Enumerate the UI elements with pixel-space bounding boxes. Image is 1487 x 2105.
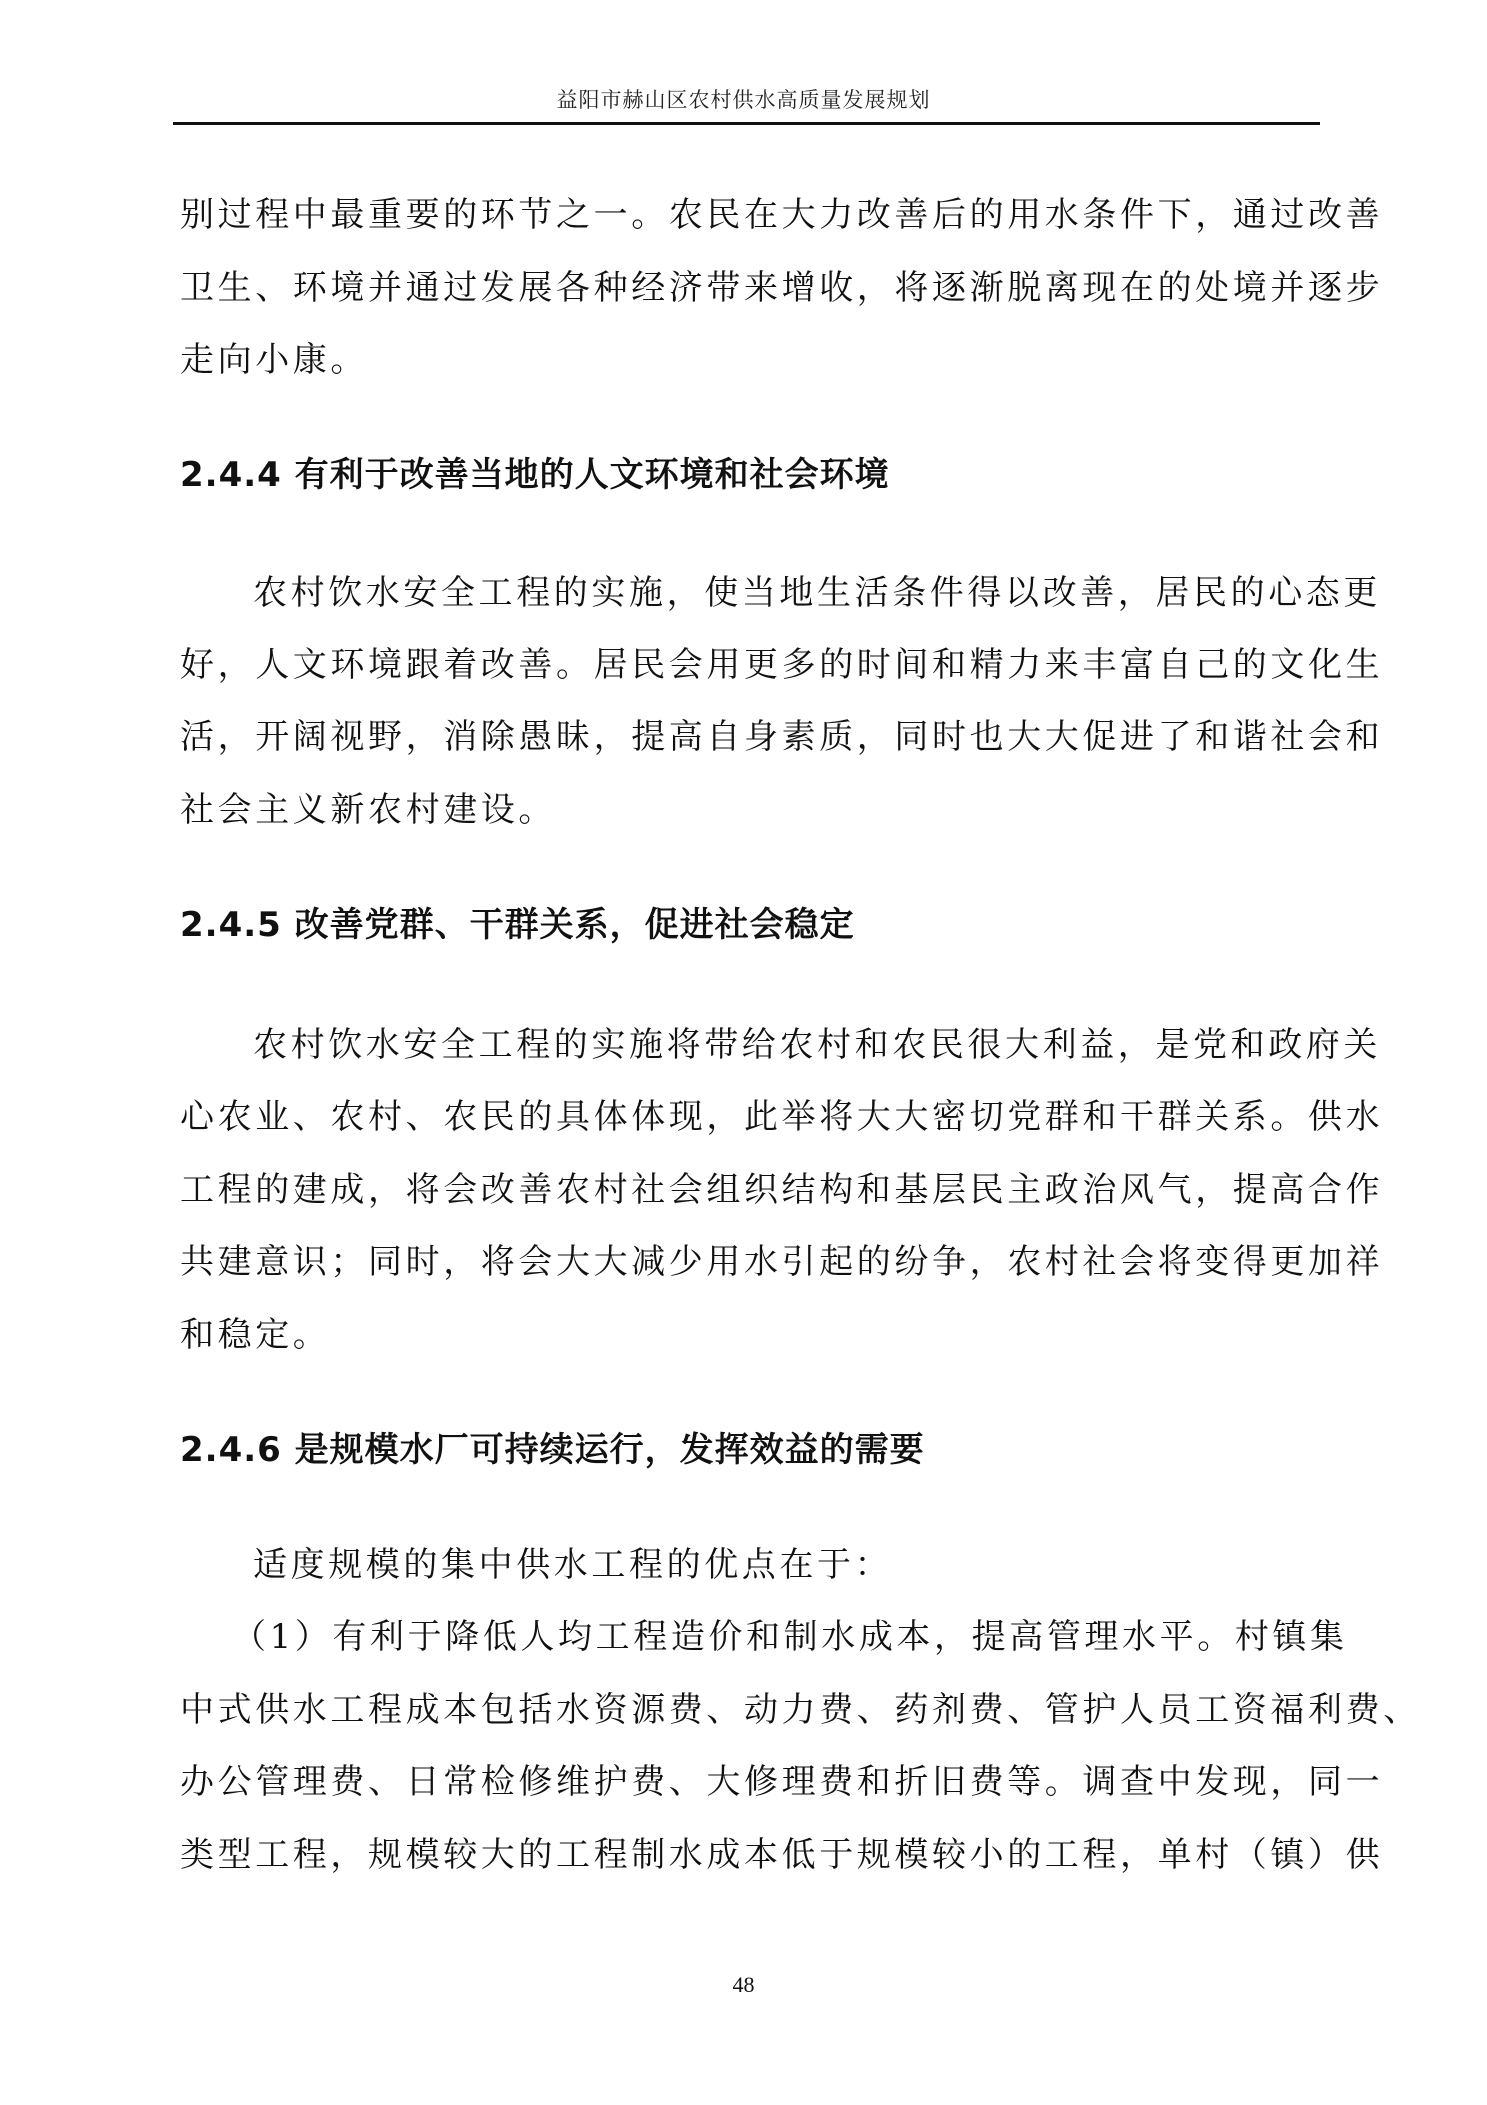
document-title: 益阳市赫山区农村供水高质量发展规划 <box>0 84 1487 114</box>
text-line: 适度规模的集中供水工程的优点在于： <box>253 1542 1320 1588</box>
text-line: 好，人文环境跟着改善。居民会用更多的时间和精力来丰富自己的文化生 <box>180 642 1320 688</box>
section-heading: 2.4.5 改善党群、干群关系，促进社会稳定 <box>180 902 855 948</box>
text-line: 走向小康。 <box>180 337 1320 383</box>
text-line: （1）有利于降低人均工程造价和制水成本，提高管理水平。村镇集 <box>232 1614 1299 1660</box>
text-line: 农村饮水安全工程的实施，使当地生活条件得以改善，居民的心态更 <box>253 570 1320 616</box>
text-line: 办公管理费、日常检修维护费、大修理费和折旧费等。调查中发现，同一 <box>180 1759 1320 1805</box>
text-line: 中式供水工程成本包括水资源费、动力费、药剂费、管护人员工资福利费、 <box>180 1687 1320 1733</box>
page-number: 48 <box>0 1972 1487 1998</box>
text-line: 工程的建成，将会改善农村社会组织结构和基层民主政治风气，提高合作 <box>180 1167 1320 1213</box>
text-line: 社会主义新农村建设。 <box>180 787 1320 833</box>
section-heading: 2.4.4 有利于改善当地的人文环境和社会环境 <box>180 452 890 498</box>
text-line: 和稳定。 <box>180 1312 1320 1358</box>
text-line: 农村饮水安全工程的实施将带给农村和农民很大利益，是党和政府关 <box>253 1022 1320 1068</box>
text-line: 卫生、环境并通过发展各种经济带来增收，将逐渐脱离现在的处境并逐步 <box>180 265 1320 311</box>
section-heading: 2.4.6 是规模水厂可持续运行，发挥效益的需要 <box>180 1427 925 1473</box>
text-line: 心农业、农村、农民的具体体现，此举将大大密切党群和干群关系。供水 <box>180 1094 1320 1140</box>
header-divider <box>173 122 1320 125</box>
text-line: 活，开阔视野，消除愚昧，提高自身素质，同时也大大促进了和谐社会和 <box>180 714 1320 760</box>
text-line: 类型工程，规模较大的工程制水成本低于规模较小的工程，单村（镇）供 <box>180 1832 1320 1878</box>
text-line: 别过程中最重要的环节之一。农民在大力改善后的用水条件下，通过改善 <box>180 192 1320 238</box>
text-line: 共建意识；同时，将会大大减少用水引起的纷争，农村社会将变得更加祥 <box>180 1239 1320 1285</box>
